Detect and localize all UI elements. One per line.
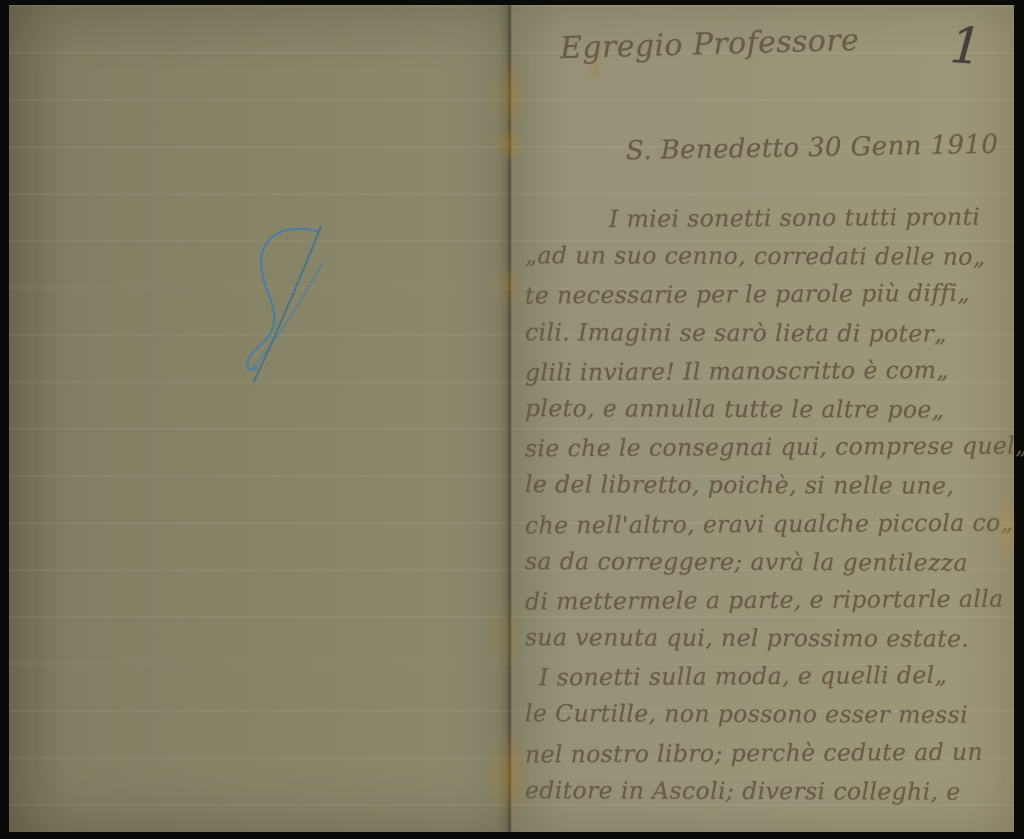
letter-line: glili inviare! Il manoscritto è com„ xyxy=(525,350,1012,391)
salutation: Egregio Professore xyxy=(560,23,860,66)
letter-line: sie che le consegnai qui, comprese quel„ xyxy=(525,427,1012,468)
letter-line: di mettermele a parte, e riportarle alla xyxy=(525,579,1012,620)
letter-body: I miei sonetti sono tutti pronti „ad un … xyxy=(525,199,1012,810)
letter-line: sua venuta qui, nel prossimo estate. xyxy=(525,618,1012,658)
letter-line: sa da correggere; avrà la gentilezza xyxy=(525,542,1012,582)
ruled-paper-lines xyxy=(9,5,510,832)
blue-pencil-scribble xyxy=(233,223,333,395)
letter-line: che nell'altro, eravi qualche piccola co… xyxy=(525,503,1012,544)
left-page xyxy=(9,5,510,832)
letter-line: I miei sonetti sono tutti pronti xyxy=(525,198,1012,239)
letter-line: I sonetti sulla moda, e quelli del„ xyxy=(525,656,1012,697)
letter-line: cili. Imagini se sarò lieta di poter„ xyxy=(525,313,1012,353)
letter-line: le Curtille, non possono esser messi xyxy=(525,695,1012,735)
letter-line: pleto, e annulla tutte le altre poe„ xyxy=(525,389,1012,429)
dateline: S. Benedetto 30 Genn 1910 xyxy=(625,130,998,166)
letter-line: „ad un suo cenno, corredati delle no„ xyxy=(525,236,1012,276)
letter-line: nel nostro libro; perchè cedute ad un xyxy=(525,732,1012,773)
letter-line: le del libretto, poichè, si nelle une, xyxy=(525,465,1012,505)
letter-line: te necessarie per le parole più diffi„ xyxy=(525,274,1012,315)
center-fold-crease xyxy=(498,5,520,832)
right-page: 1 Egregio Professore S. Benedetto 30 Gen… xyxy=(510,5,1014,832)
scanned-letter-spread: 1 Egregio Professore S. Benedetto 30 Gen… xyxy=(0,0,1024,839)
page-number: 1 xyxy=(948,16,984,76)
letter-line: editore in Ascoli; diversi colleghi, e xyxy=(525,771,1012,811)
